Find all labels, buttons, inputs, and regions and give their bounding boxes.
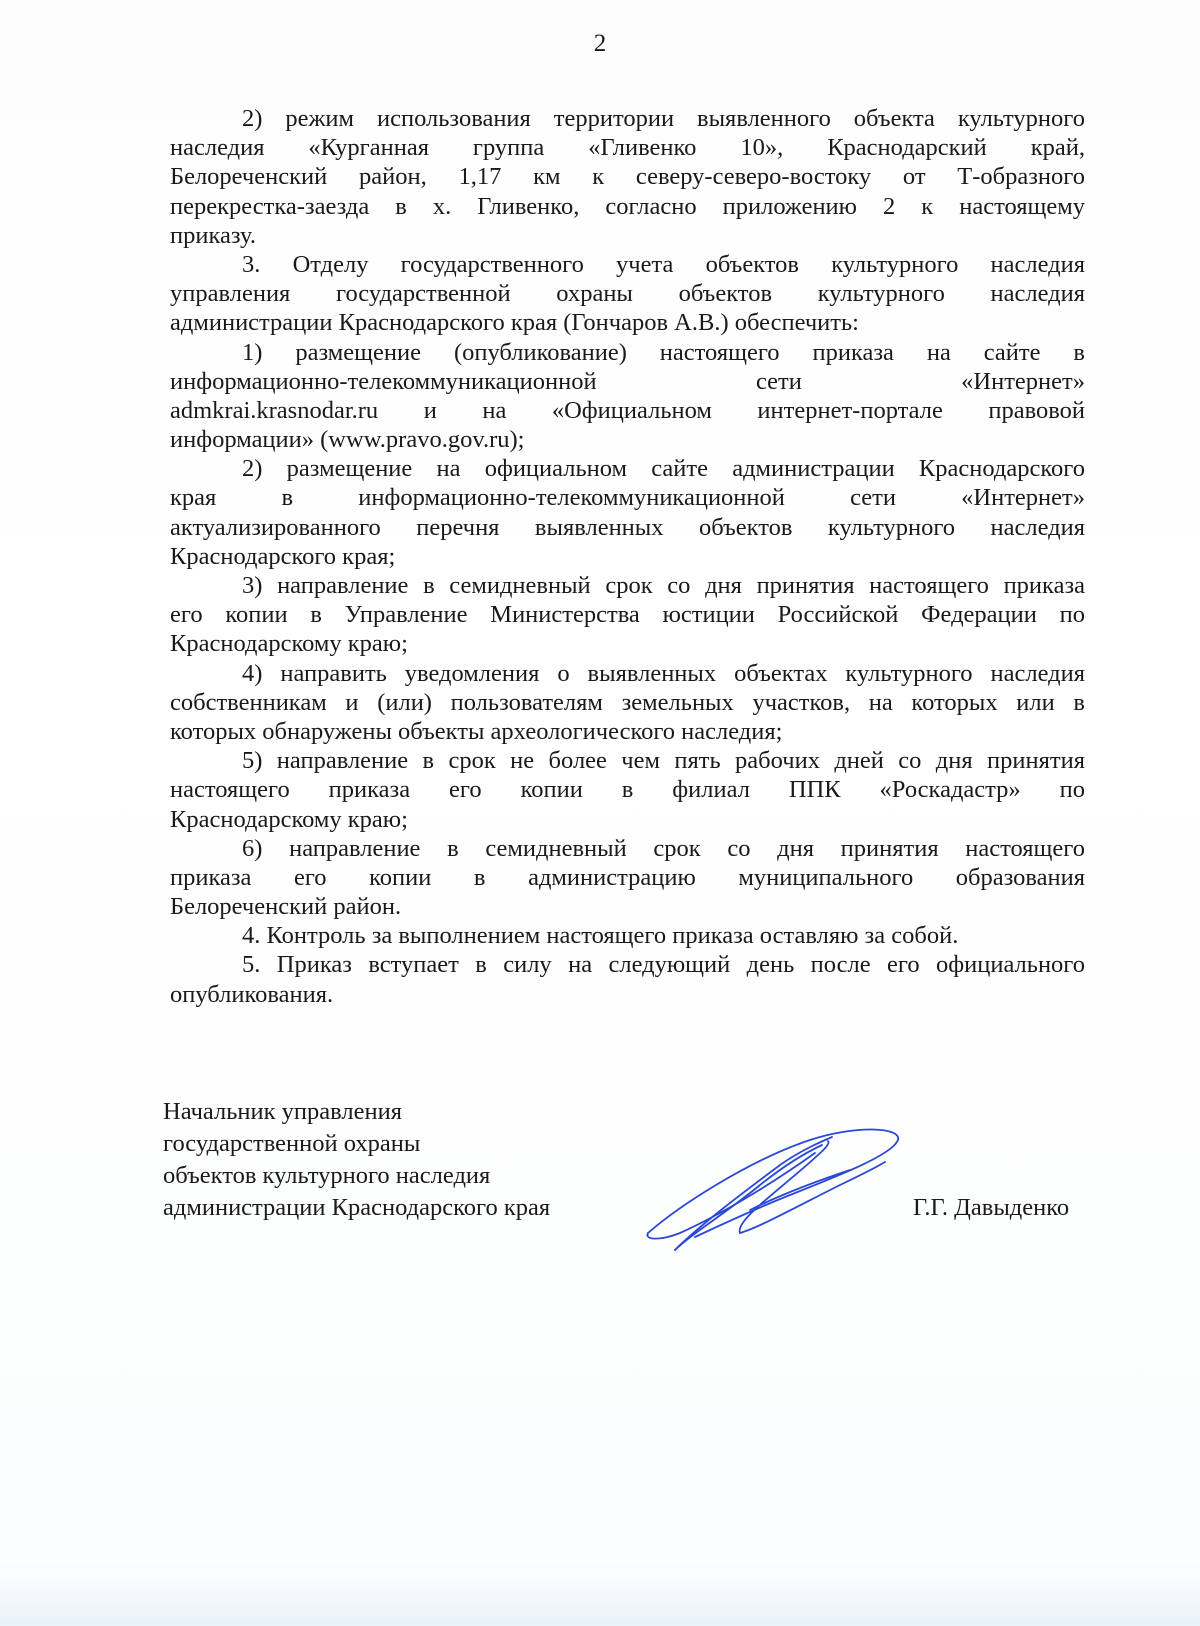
text-line: информации» (www.pravo.gov.ru); xyxy=(170,425,1085,454)
text-line: приказу. xyxy=(170,221,1085,250)
text-line: admkrai.krasnodar.ru и на «Официальном и… xyxy=(170,396,1085,425)
text-line: 2) режим использования территории выявле… xyxy=(170,104,1085,133)
text-line: 2) размещение на официальном сайте админ… xyxy=(170,454,1085,483)
text-line: 5) направление в срок не более чем пять … xyxy=(170,746,1085,775)
text-line: 1) размещение (опубликование) настоящего… xyxy=(170,338,1085,367)
signer-position: Начальник управления государственной охр… xyxy=(163,1096,550,1224)
text-line: наследия «Курганная группа «Гливенко 10»… xyxy=(170,133,1085,162)
text-line: информационно-телекоммуникационной сети … xyxy=(170,367,1085,396)
signer-position-line: объектов культурного наследия xyxy=(163,1160,550,1192)
text-line: Белореченский район. xyxy=(170,892,1085,921)
text-line: его копии в Управление Министерства юсти… xyxy=(170,600,1085,629)
text-line: края в информационно-телекоммуникационно… xyxy=(170,483,1085,512)
text-line: Краснодарскому краю; xyxy=(170,805,1085,834)
text-line: 4) направить уведомления о выявленных об… xyxy=(170,659,1085,688)
text-line: 6) направление в семидневный срок со дня… xyxy=(170,834,1085,863)
signer-position-line: государственной охраны xyxy=(163,1128,550,1160)
text-line: собственникам и (или) пользователям земе… xyxy=(170,688,1085,717)
text-line: настоящего приказа его копии в филиал ПП… xyxy=(170,775,1085,804)
text-line: Краснодарского края; xyxy=(170,542,1085,571)
signer-position-line: администрации Краснодарского края xyxy=(163,1192,550,1224)
text-line: 4. Контроль за выполнением настоящего пр… xyxy=(170,921,1085,950)
text-line: 3. Отделу государственного учета объекто… xyxy=(170,250,1085,279)
text-line: Краснодарскому краю; xyxy=(170,629,1085,658)
signer-name: Г.Г. Давыденко xyxy=(913,1194,1069,1222)
text-line: опубликования. xyxy=(170,980,1085,1009)
handwritten-signature-icon xyxy=(640,1115,910,1255)
text-line: Белореченский район, 1,17 км к северу-се… xyxy=(170,162,1085,191)
page-number: 2 xyxy=(0,30,1200,58)
text-line: перекрестка-заезда в х. Гливенко, соглас… xyxy=(170,192,1085,221)
text-line: актуализированного перечня выявленных об… xyxy=(170,513,1085,542)
text-line: администрации Краснодарского края (Гонча… xyxy=(170,308,1085,337)
text-line: которых обнаружены объекты археологическ… xyxy=(170,717,1085,746)
text-line: 3) направление в семидневный срок со дня… xyxy=(170,571,1085,600)
text-line: приказа его копии в администрацию муници… xyxy=(170,863,1085,892)
scan-edge-artifact xyxy=(0,1586,1200,1626)
signer-position-line: Начальник управления xyxy=(163,1096,550,1128)
text-line: 5. Приказ вступает в силу на следующий д… xyxy=(170,950,1085,979)
order-body-text: 2) режим использования территории выявле… xyxy=(170,104,1085,1009)
text-line: управления государственной охраны объект… xyxy=(170,279,1085,308)
